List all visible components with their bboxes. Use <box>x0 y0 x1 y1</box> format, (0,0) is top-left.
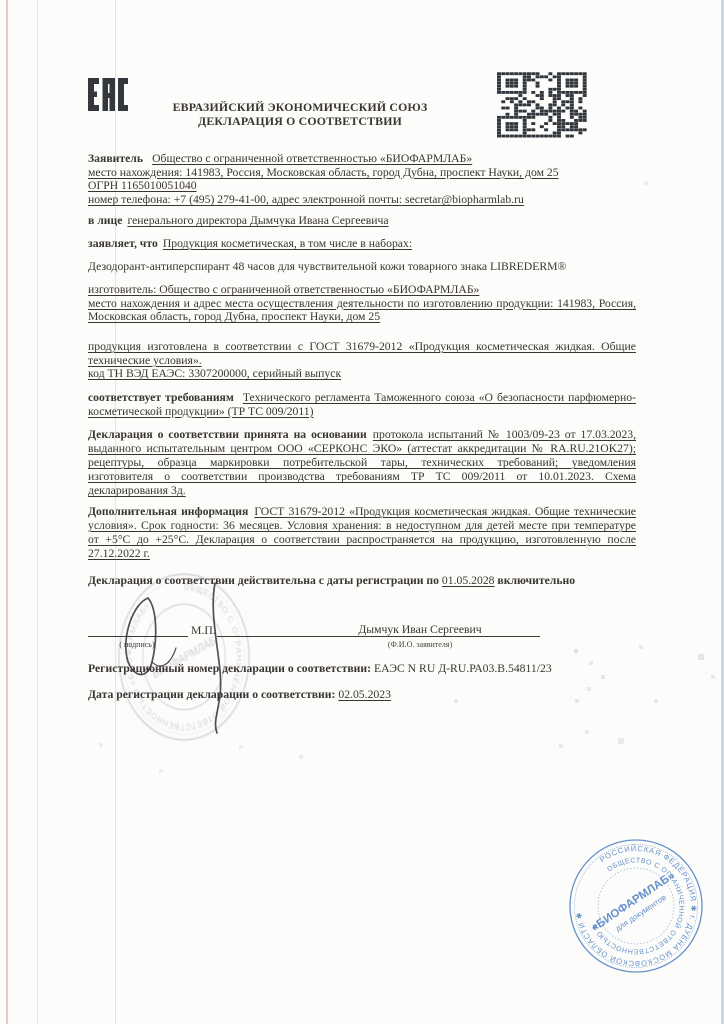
basis-block: Декларация о соответствии принята на осн… <box>88 428 636 498</box>
document-title-line1: ЕВРАЗИЙСКИЙ ЭКОНОМИЧЕСКИЙ СОЮЗ <box>88 100 512 114</box>
declares-label: заявляет, что <box>88 237 158 250</box>
company-stamp-blue: РОССИЙСКАЯ ФЕДЕРАЦИЯ ✱ г. ДУБНА МОСКОВСК… <box>554 824 718 993</box>
signatory-name: Дымчук Иван Сергеевич <box>300 623 540 637</box>
basis-label: Декларация о соответствии принята на осн… <box>88 428 367 441</box>
compliance-label: соответствует требованиям <box>88 391 234 404</box>
production-standard-block: продукция изготовлена в соответствии с Г… <box>88 340 636 381</box>
applicant-block: ЗаявительОбщество с ограниченной ответст… <box>88 152 636 207</box>
applicant-phone: номер телефона: +7 (495) 279-41-00, адре… <box>88 193 636 207</box>
additional-info-block: Дополнительная информацияГОСТ 31679-2012… <box>88 505 636 561</box>
compliance-block: соответствует требованиямТехнического ре… <box>88 391 636 418</box>
manufacturer-block: изготовитель: Общество с ограниченной от… <box>88 283 636 324</box>
scan-fold-line-2 <box>37 0 38 1024</box>
principal-label: в лице <box>88 214 122 227</box>
declaration-document: ЕВРАЗИЙСКИЙ ЭКОНОМИЧЕСКИЙ СОЮЗ ДЕКЛАРАЦИ… <box>0 0 724 1024</box>
product-description: Дезодорант-антиперспирант 48 часов для ч… <box>88 260 636 274</box>
applicant-ogrn: ОГРН 1165010051040 <box>88 179 636 193</box>
fio-caption: (Ф.И.О. заявителя) <box>300 640 540 649</box>
registration-date-value: 02.05.2023 <box>338 688 391 701</box>
qr-code <box>497 72 587 143</box>
applicant-name: Общество с ограниченной ответственностью… <box>152 152 472 165</box>
additional-label: Дополнительная информация <box>88 505 248 518</box>
registration-number-value: ЕАЭС N RU Д-RU.РА03.В.54811/23 <box>374 662 552 675</box>
declares-value: Продукция косметическая, в том числе в н… <box>163 237 412 250</box>
principal-line: в лицегенерального директора Дымчука Ива… <box>88 214 636 228</box>
validity-date: 01.05.2028 <box>442 574 495 587</box>
document-title-line2: ДЕКЛАРАЦИЯ О СООТВЕТСТВИИ <box>88 114 512 128</box>
scan-noise <box>0 0 2 2</box>
scan-fold-line-left <box>6 0 8 1024</box>
applicant-label: Заявитель <box>88 152 143 165</box>
applicant-line: ЗаявительОбщество с ограниченной ответст… <box>88 152 636 166</box>
declares-line: заявляет, чтоПродукция косметическая, в … <box>88 237 636 251</box>
principal-value: генерального директора Дымчука Ивана Сер… <box>127 214 388 227</box>
applicant-address: место нахождения: 141983, Россия, Москов… <box>88 166 636 180</box>
validity-suffix: включительно <box>497 574 575 587</box>
handwritten-signature <box>100 570 260 750</box>
